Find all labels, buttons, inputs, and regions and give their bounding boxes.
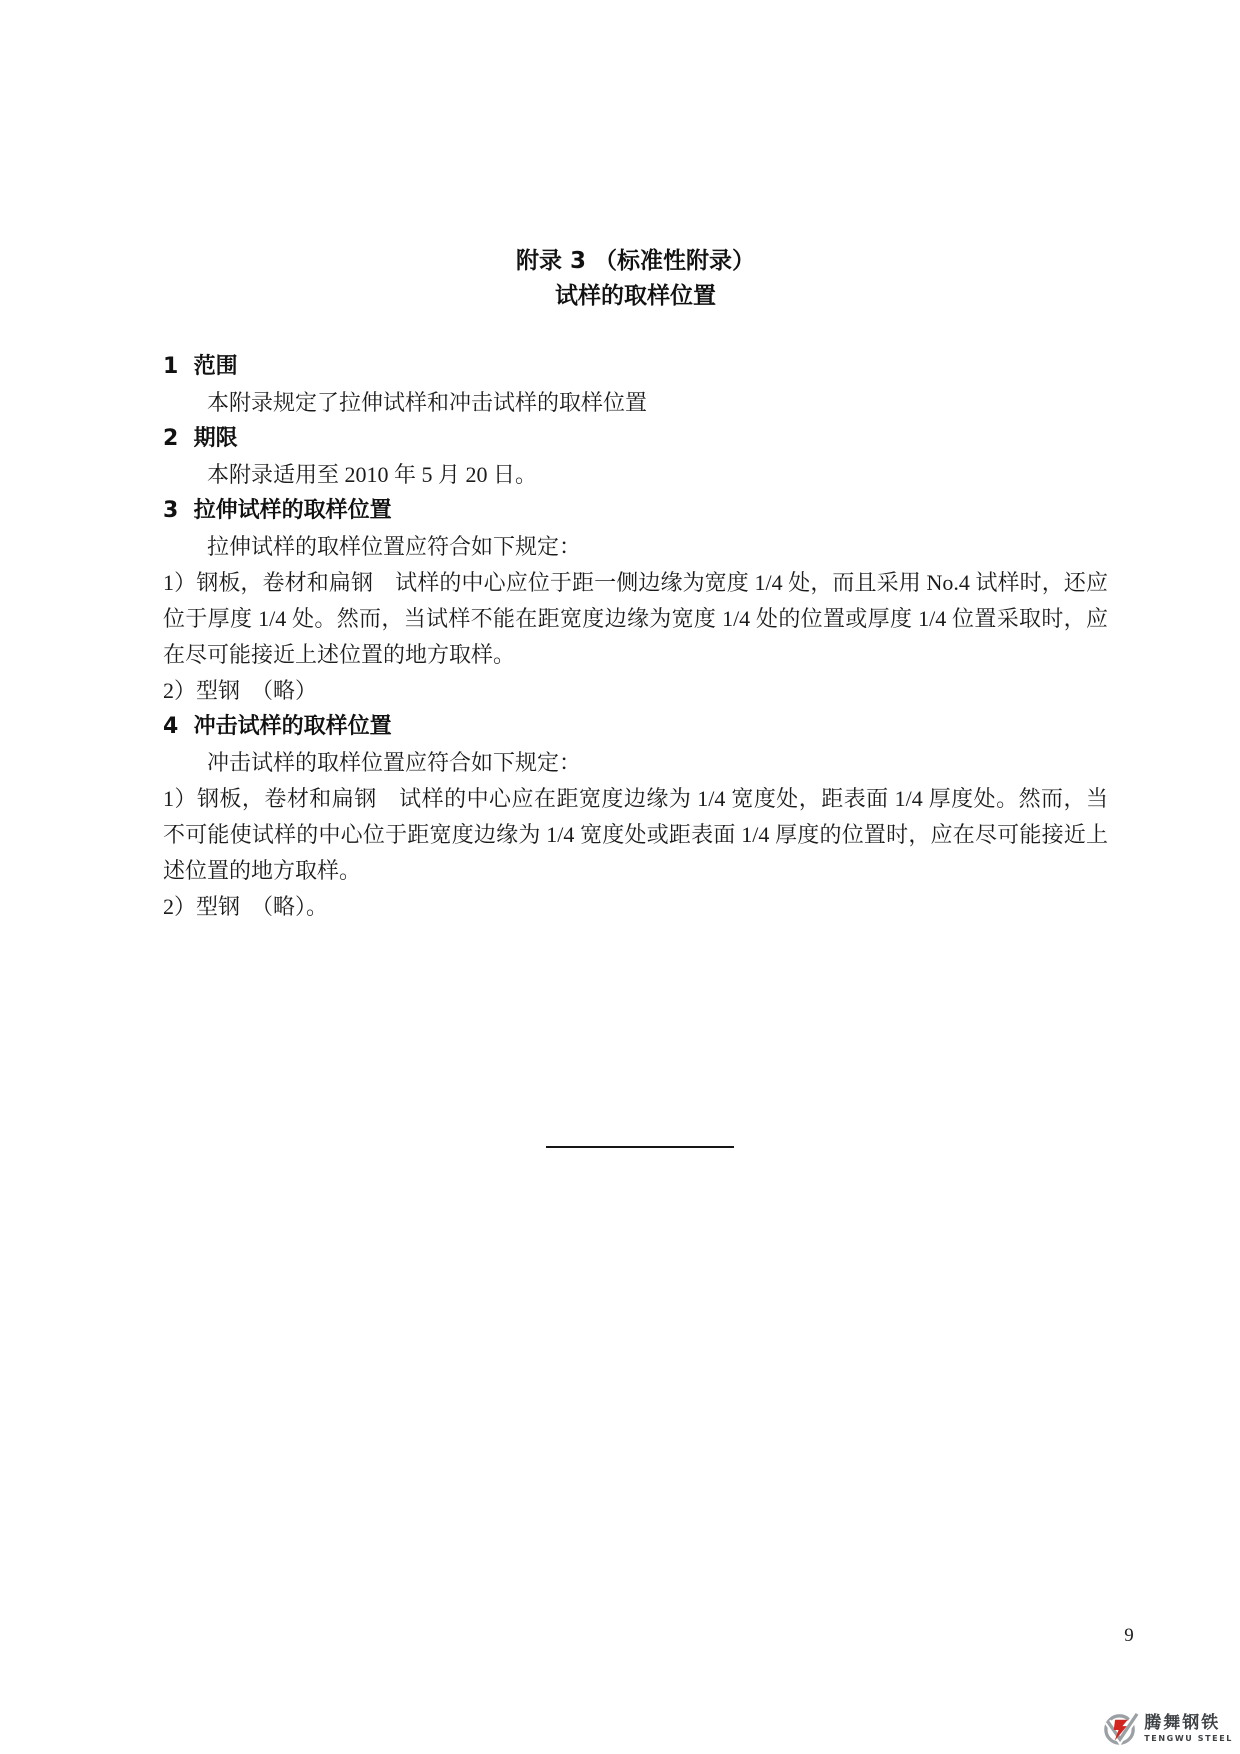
page-number: 9: [1116, 1625, 1142, 1647]
logo-chinese-name: 腾舞钢铁: [1144, 1715, 1233, 1732]
logo-wordmark: 腾舞钢铁 TENGWU STEEL: [1144, 1715, 1233, 1743]
end-of-section-rule: [546, 1146, 734, 1148]
text-term: 本附录适用至 2010 年 5 月 20 日。: [163, 457, 1108, 493]
tengwu-logo-icon: [1101, 1709, 1140, 1748]
text-tensile-intro: 拉伸试样的取样位置应符合如下规定：: [163, 529, 1108, 565]
appendix-title: 附录 3 （标准性附录）: [163, 244, 1108, 279]
heading-tensile: 3 拉伸试样的取样位置: [163, 493, 1108, 529]
text-tensile-item2: 2）型钢 （略）: [163, 673, 1108, 709]
document-body: 1 范围 本附录规定了拉伸试样和冲击试样的取样位置 2 期限 本附录适用至 20…: [163, 349, 1108, 925]
text-scope: 本附录规定了拉伸试样和冲击试样的取样位置: [163, 385, 1108, 421]
heading-scope: 1 范围: [163, 349, 1108, 385]
text-impact-intro: 冲击试样的取样位置应符合如下规定：: [163, 745, 1108, 781]
logo-english-name: TENGWU STEEL: [1144, 1735, 1233, 1743]
document-page: 附录 3 （标准性附录） 试样的取样位置 1 范围 本附录规定了拉伸试样和冲击试…: [0, 0, 1240, 1754]
heading-impact: 4 冲击试样的取样位置: [163, 709, 1108, 745]
text-impact-item1: 1）钢板，卷材和扁钢 试样的中心应在距宽度边缘为 1/4 宽度处，距表面 1/4…: [163, 781, 1108, 889]
text-tensile-item1: 1）钢板，卷材和扁钢 试样的中心应位于距一侧边缘为宽度 1/4 处，而且采用 N…: [163, 565, 1108, 673]
appendix-title-block: 附录 3 （标准性附录） 试样的取样位置: [163, 244, 1108, 314]
appendix-subtitle: 试样的取样位置: [163, 279, 1108, 314]
heading-term: 2 期限: [163, 421, 1108, 457]
text-impact-item2: 2）型钢 （略）。: [163, 889, 1108, 925]
tengwu-steel-logo: 腾舞钢铁 TENGWU STEEL: [1101, 1709, 1233, 1748]
